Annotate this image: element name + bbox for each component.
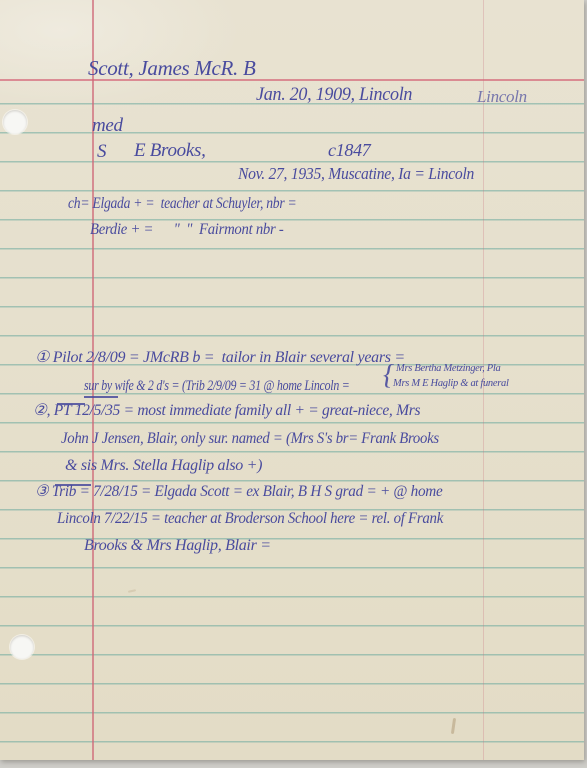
scan-background: Scott, James McR. BJan. 20, 1909, Lincol…	[0, 0, 587, 768]
handwritten-line: Mrs Bertha Metzinger, Pla	[396, 363, 501, 375]
handwritten-line: ②, PT 12/5/35 = most immediate family al…	[33, 402, 420, 420]
ink-stroke-overline-PT	[57, 403, 85, 405]
handwritten-line: Lincoln	[477, 87, 527, 107]
handwritten-line: Lincoln 7/22/15 = teacher at Broderson S…	[57, 510, 443, 528]
handwritten-line: John J Jensen, Blair, only sur. named = …	[61, 430, 439, 448]
handwritten-line: ch= Elgada + = teacher at Schuyler, nbr …	[68, 195, 296, 213]
notebook-page: Scott, James McR. BJan. 20, 1909, Lincol…	[0, 0, 584, 760]
handwritten-line: E Brooks,	[134, 140, 206, 162]
handwritten-line: Mrs M E Haglip & at funeral	[393, 378, 509, 390]
handwritten-line: & sis Mrs. Stella Haglip also +)	[65, 457, 262, 475]
handwritten-line: Berdie + = " " Fairmont nbr -	[90, 221, 283, 239]
handwritten-line: c1847	[328, 140, 371, 161]
handwritten-line: Scott, James McR. B	[88, 56, 256, 80]
handwritten-line: Nov. 27, 1935, Muscatine, Ia = Lincoln	[238, 164, 474, 184]
handwriting-layer: Scott, James McR. BJan. 20, 1909, Lincol…	[0, 0, 584, 760]
ink-stroke-overline-Trib	[55, 484, 91, 486]
handwritten-line: ③ Trib = 7/28/15 = Elgada Scott = ex Bla…	[35, 483, 442, 501]
ink-stroke-underline-sur	[84, 396, 118, 398]
handwritten-line: Brooks & Mrs Haglip, Blair =	[84, 537, 271, 555]
handwritten-line: sur by wife & 2 d's = (Trib 2/9/09 = 31 …	[84, 378, 350, 395]
handwritten-line: Jan. 20, 1909, Lincoln	[256, 84, 412, 106]
handwritten-line: S	[97, 141, 106, 163]
handwritten-line: med	[92, 115, 123, 137]
handwritten-line: ① Pilot 2/8/09 = JMcRB b = tailor in Bla…	[35, 349, 405, 367]
